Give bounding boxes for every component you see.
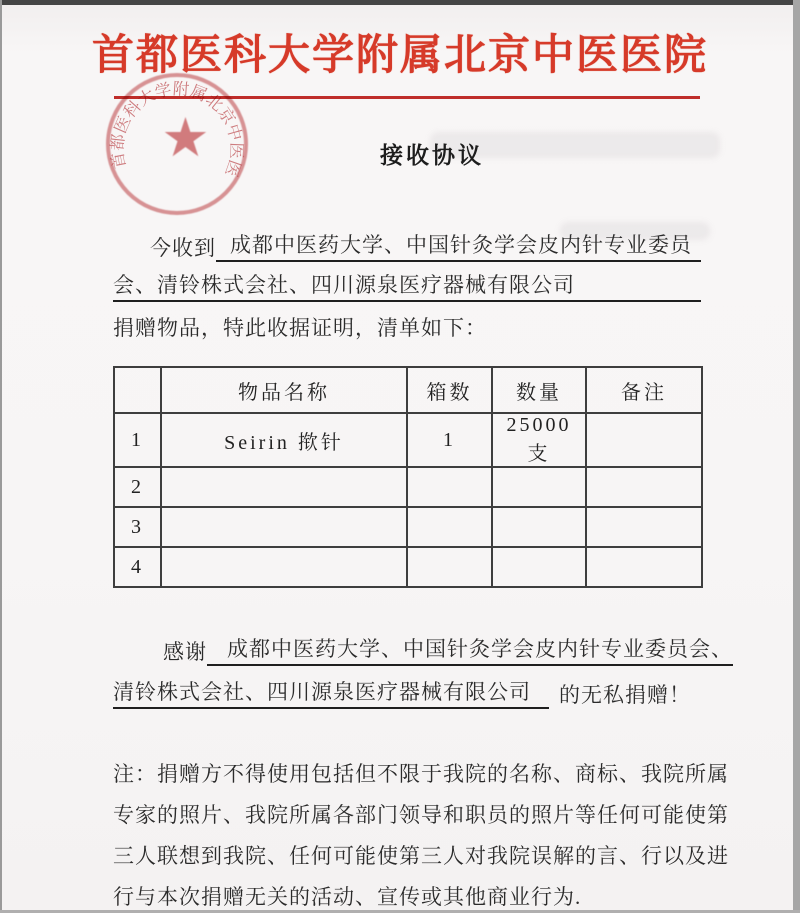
- cell-box-count: [407, 507, 492, 547]
- thanks-donors-underlined-2: 清铃株式会社、四川源泉医疗器械有限公司: [113, 676, 549, 709]
- star-icon: ★: [161, 111, 209, 165]
- cell-item-name: [161, 507, 407, 547]
- table-row: 2: [114, 467, 702, 507]
- receipt-prefix: 今收到: [150, 232, 216, 262]
- thanks-line-1: 感谢 成都中医药大学、中国针灸学会皮内针专业委员会、: [113, 623, 703, 666]
- cell-index: 1: [114, 413, 161, 467]
- cell-box-count: 1: [407, 413, 492, 467]
- table-row: 4: [114, 547, 702, 587]
- note-line-3: 三人联想到我院、任何可能使第三人对我院误解的言、行以及进: [113, 829, 713, 870]
- thanks-paragraph: 感谢 成都中医药大学、中国针灸学会皮内针专业委员会、 清铃株式会社、四川源泉医疗…: [113, 623, 703, 709]
- receipt-line-2: 会、清铃株式会社、四川源泉医疗器械有限公司: [113, 262, 701, 302]
- cell-remarks: [586, 507, 702, 547]
- cell-quantity: [492, 507, 586, 547]
- cell-item-name: Seirin 揿针: [161, 413, 407, 467]
- legal-note: 注：捐赠方不得使用包括但不限于我院的名称、商标、我院所属 专家的照片、我院所属各…: [113, 747, 713, 911]
- donated-items-table: 物品名称 箱数 数量 备注 1 Seirin 揿针 1 25000 支 2 3: [113, 366, 703, 588]
- table-header-row: 物品名称 箱数 数量 备注: [114, 367, 702, 413]
- cell-remarks: [586, 467, 702, 507]
- thanks-line-2: 清铃株式会社、四川源泉医疗器械有限公司 的无私捐赠！: [113, 666, 703, 709]
- thanks-prefix: 感谢: [163, 636, 207, 666]
- scan-edge-top: [0, 0, 800, 5]
- thanks-donors-underlined-1: 成都中医药大学、中国针灸学会皮内针专业委员会、: [207, 633, 733, 666]
- table-row: 1 Seirin 揿针 1 25000 支: [114, 413, 702, 467]
- official-red-stamp: 首都医科大学附属北京中医医院 ★: [106, 73, 248, 215]
- receipt-paragraph: 今收到 成都中医药大学、中国针灸学会皮内针专业委员 会、清铃株式会社、四川源泉医…: [113, 222, 701, 342]
- cell-index: 4: [114, 547, 161, 587]
- table-row: 3: [114, 507, 702, 547]
- cell-quantity: 25000 支: [492, 413, 586, 467]
- cell-remarks: [586, 413, 702, 467]
- note-line-2: 专家的照片、我院所属各部门领导和职员的照片等任何可能使第: [113, 788, 713, 829]
- thanks-suffix: 的无私捐赠！: [559, 679, 691, 709]
- receipt-line-3: 捐赠物品，特此收据证明，清单如下：: [113, 302, 701, 342]
- cell-item-name: [161, 547, 407, 587]
- header-box-count: 箱数: [407, 367, 492, 413]
- note-line-1: 注：捐赠方不得使用包括但不限于我院的名称、商标、我院所属: [113, 747, 713, 788]
- cell-index: 2: [114, 467, 161, 507]
- cell-box-count: [407, 547, 492, 587]
- cell-remarks: [586, 547, 702, 587]
- cell-quantity: [492, 467, 586, 507]
- scan-edge-right: [793, 0, 800, 913]
- scanned-document-page: 首都医科大学附属北京中医医院 首都医科大学附属北京中医医院 ★ 接收协议 今收到…: [0, 0, 800, 913]
- header-item-name: 物品名称: [161, 367, 407, 413]
- header-quantity: 数量: [492, 367, 586, 413]
- header-remarks: 备注: [586, 367, 702, 413]
- scan-edge-left: [0, 0, 2, 913]
- donor-names-underlined-1: 成都中医药大学、中国针灸学会皮内针专业委员: [216, 229, 701, 262]
- cell-box-count: [407, 467, 492, 507]
- header-index: [114, 367, 161, 413]
- donor-names-underlined-2: 会、清铃株式会社、四川源泉医疗器械有限公司: [113, 269, 701, 302]
- cell-index: 3: [114, 507, 161, 547]
- receipt-line-1: 今收到 成都中医药大学、中国针灸学会皮内针专业委员: [113, 222, 701, 262]
- cell-item-name: [161, 467, 407, 507]
- cell-quantity: [492, 547, 586, 587]
- receipt-statement: 捐赠物品，特此收据证明，清单如下：: [113, 312, 487, 342]
- note-line-4: 行与本次捐赠无关的活动、宣传或其他商业行为.: [113, 870, 713, 911]
